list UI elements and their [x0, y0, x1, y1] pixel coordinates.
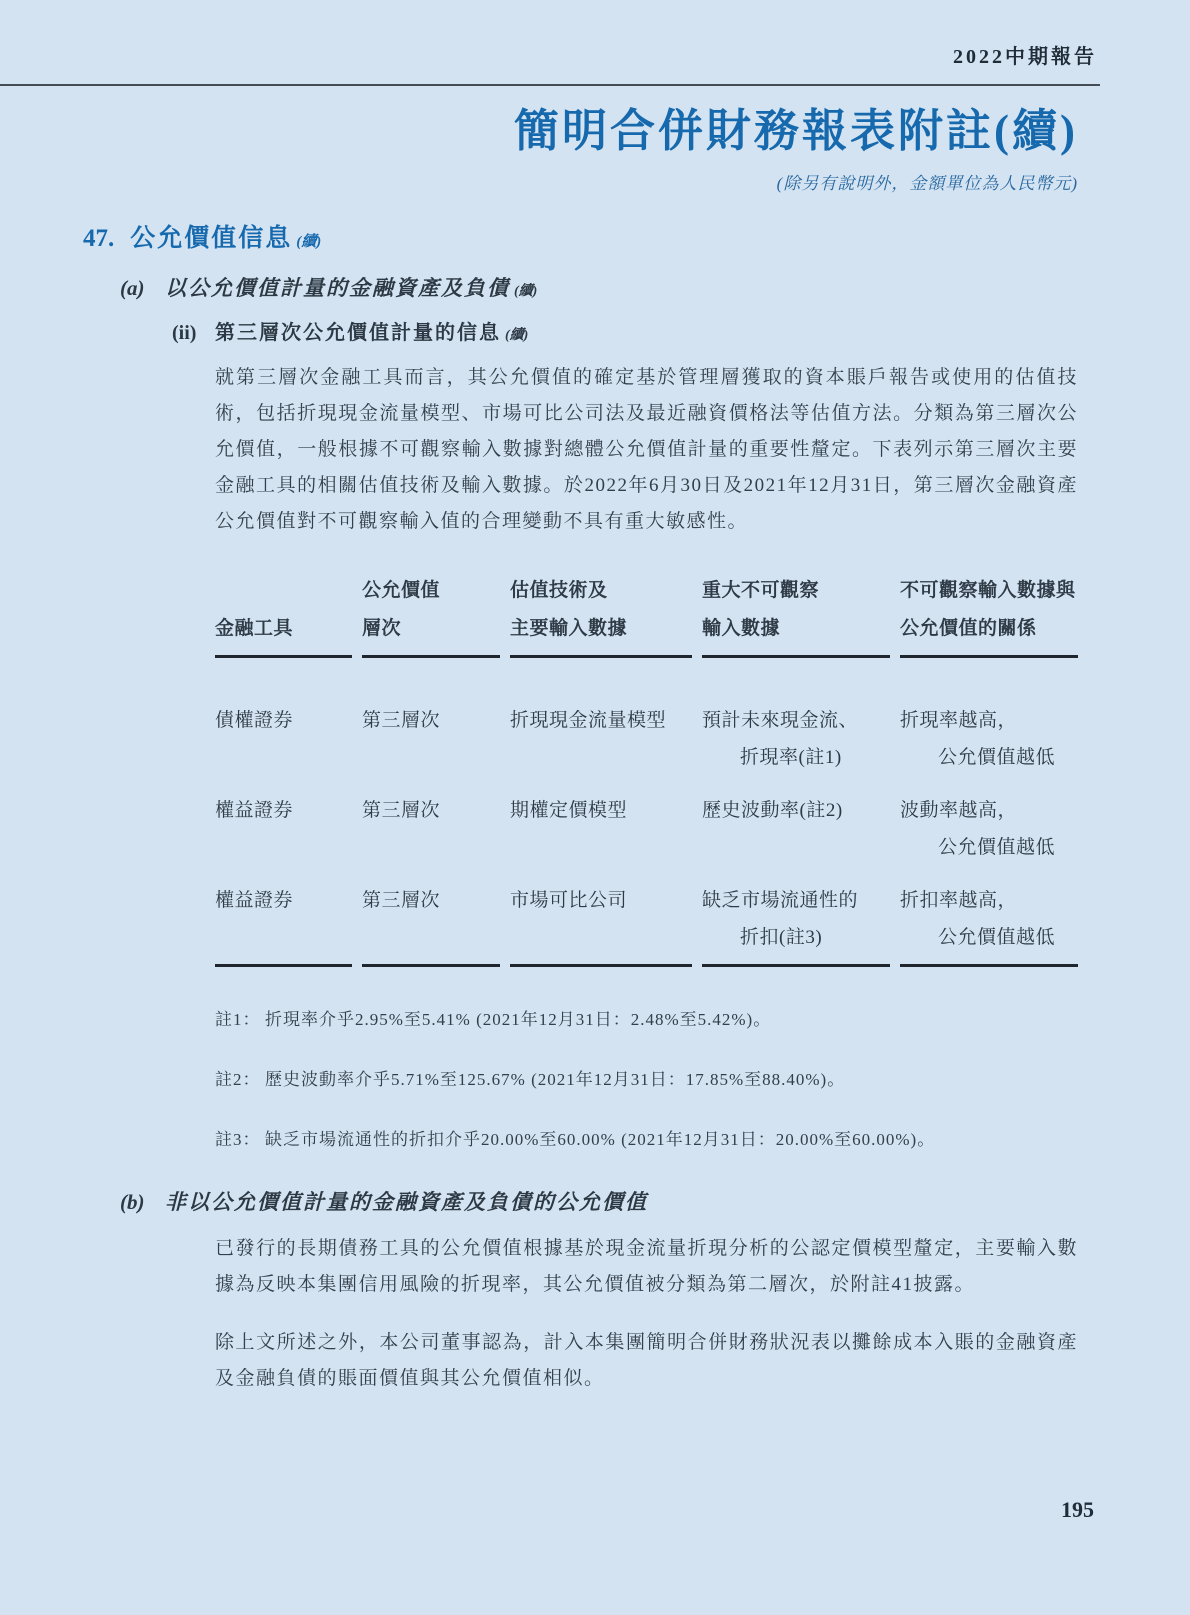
footnote-1-label: 註1：: [215, 1007, 265, 1033]
section-title: 公允價值信息: [130, 225, 292, 252]
report-page: 2022中期報告 簡明合併財務報表附註(續) (除另有說明外，金額單位為人民幣元…: [0, 0, 1190, 1615]
subsection-ii-title: 第三層次公允價值計量的信息: [215, 322, 501, 344]
subsection-ii-label: (ii): [172, 319, 215, 347]
footnote-2: 註2： 歷史波動率介乎5.71%至125.67% (2021年12月31日：17…: [215, 1067, 1078, 1093]
subsection-b-paragraph-1: 已發行的長期債務工具的公允價值根據基於現金流量折現分析的公認定價模型釐定，主要輸…: [215, 1231, 1078, 1303]
table-header-instrument: 金融工具: [215, 572, 352, 658]
footnote-1-text: 折現率介乎2.95%至5.41% (2021年12月31日：2.48%至5.42…: [265, 1007, 771, 1033]
table-row-cell: 第三層次: [362, 866, 500, 967]
subsection-a-title: 以公允價值計量的金融資產及負債: [165, 276, 510, 300]
level3-intro-paragraph: 就第三層次金融工具而言，其公允價值的確定基於管理層獲取的資本賬戶報告或使用的估值…: [215, 360, 1078, 540]
subsection-ii-heading: (ii)第三層次公允價值計量的信息(續): [172, 319, 1190, 350]
table-row-cell: 權益證券: [215, 776, 352, 866]
table-row-cell: 權益證券: [215, 866, 352, 967]
subsection-ii-continued-mark: (續): [505, 328, 528, 343]
table-row-cell: 第三層次: [362, 658, 500, 776]
section-number: 47.: [83, 225, 114, 252]
table-row-cell: 預計未來現金流、 折現率(註1): [702, 658, 890, 776]
table-row-cell: 債權證券: [215, 658, 352, 776]
footnote-3-text: 缺乏市場流通性的折扣介乎20.00%至60.00% (2021年12月31日：2…: [265, 1127, 935, 1153]
table-row-cell: 歷史波動率(註2): [702, 776, 890, 866]
subsection-a-continued-mark: (續): [514, 284, 537, 299]
table-row-cell: 折現現金流量模型: [510, 658, 692, 776]
table-row-cell: 缺乏市場流通性的 折扣(註3): [702, 866, 890, 967]
subsection-b-paragraph-2: 除上文所述之外，本公司董事認為，計入本集團簡明合併財務狀況表以攤餘成本入賬的金融…: [215, 1325, 1078, 1397]
valuation-technique-table: 金融工具 公允價值 層次 估值技術及 主要輸入數據 重大不可觀察 輸入數據 不可…: [215, 572, 1078, 967]
table-row-cell: 波動率越高， 公允價值越低: [900, 776, 1078, 866]
footnote-1: 註1： 折現率介乎2.95%至5.41% (2021年12月31日：2.48%至…: [215, 1007, 1078, 1033]
footnote-3-label: 註3：: [215, 1127, 265, 1153]
table-row-cell: 折現率越高， 公允價值越低: [900, 658, 1078, 776]
page-title: 簡明合併財務報表附註(續): [0, 102, 1078, 160]
report-year-label: 2022中期報告: [0, 44, 1097, 70]
footnote-2-label: 註2：: [215, 1067, 265, 1093]
footnote-3: 註3： 缺乏市場流通性的折扣介乎20.00%至60.00% (2021年12月3…: [215, 1127, 1078, 1153]
subsection-b-title: 非以公允價值計量的金融資產及負債的公允價值: [165, 1190, 648, 1214]
table-row-cell: 市場可比公司: [510, 866, 692, 967]
table-header-relationship: 不可觀察輸入數據與 公允價值的關係: [900, 572, 1078, 658]
header-rule: [0, 84, 1100, 86]
section-47-heading: 47.公允價值信息(續): [83, 222, 1190, 259]
table-header-unobservable-inputs: 重大不可觀察 輸入數據: [702, 572, 890, 658]
page-number: 195: [1061, 1497, 1094, 1523]
table-header-technique: 估值技術及 主要輸入數據: [510, 572, 692, 658]
table-row-cell: 期權定價模型: [510, 776, 692, 866]
subsection-a-heading: (a)以公允價值計量的金融資產及負債(續): [120, 273, 1190, 307]
page-subtitle: (除另有說明外，金額單位為人民幣元): [0, 172, 1078, 196]
section-continued-mark: (續): [296, 234, 321, 250]
table-row-cell: 第三層次: [362, 776, 500, 866]
table-header-fv-level: 公允價值 層次: [362, 572, 500, 658]
footnote-2-text: 歷史波動率介乎5.71%至125.67% (2021年12月31日：17.85%…: [265, 1067, 845, 1093]
subsection-a-label: (a): [120, 273, 165, 303]
table-row-cell: 折扣率越高， 公允價值越低: [900, 866, 1078, 967]
subsection-b-heading: (b)非以公允價值計量的金融資產及負債的公允價值: [120, 1187, 1190, 1217]
subsection-b-label: (b): [120, 1187, 165, 1217]
